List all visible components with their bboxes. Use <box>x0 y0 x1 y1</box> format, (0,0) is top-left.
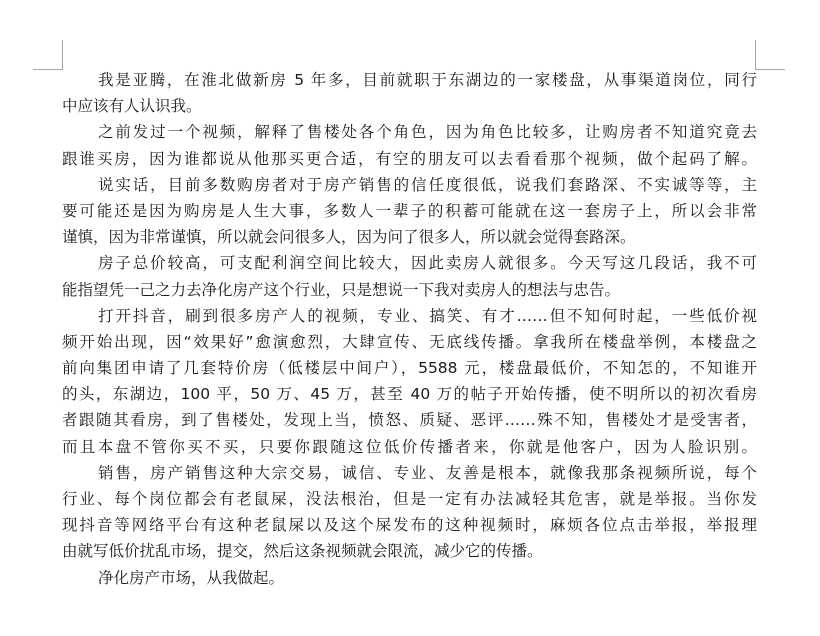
text-line: 前向集团申请了几套特价房（低楼层中间户），5588 元，楼盘最低价，不知怎的，不… <box>62 355 757 381</box>
paragraph-7: 净化房产市场，从我做起。 <box>62 565 757 591</box>
text-line: 打开抖音，刷到很多房产人的视频，专业、搞笑、有才……但不知何时起，一些低价视 <box>62 303 757 329</box>
paragraph-6: 销售，房产销售这种大宗交易，诚信、专业、友善是根本，就像我那条视频所说，每个 行… <box>62 460 757 565</box>
text-line: 说实话，目前多数购房者对于房产销售的信任度很低，说我们套路深、不实诚等等，主 <box>62 172 757 198</box>
text-line: 销售，房产销售这种大宗交易，诚信、专业、友善是根本，就像我那条视频所说，每个 <box>62 460 757 486</box>
text-line: 净化房产市场，从我做起。 <box>62 565 757 591</box>
text-line: 者跟随其看房，到了售楼处，发现上当，愤怒、质疑、恶评……殊不知，售楼处才是受害者… <box>62 407 757 433</box>
text-line: 之前发过一个视频，解释了售楼处各个角色，因为角色比较多，让购房者不知道究竟去 <box>62 119 757 145</box>
text-line: 房子总价较高，可支配利润空间比较大，因此卖房人就很多。今天写这几段话，我不可 <box>62 250 757 276</box>
text-line: 我是亚腾，在淮北做新房 5 年多，目前就职于东湖边的一家楼盘，从事渠道岗位，同行 <box>62 67 757 93</box>
top-right-margin-mark <box>755 40 785 70</box>
text-line: 跟谁买房，因为谁都说从他那买更合适，有空的朋友可以去看看那个视频，做个起码了解。 <box>62 146 757 172</box>
top-left-margin-mark <box>33 40 63 70</box>
text-line: 的头，东湖边，100 平，50 万、45 万，甚至 40 万的帖子开始传播，使不… <box>62 381 757 407</box>
text-line: 能指望凭一己之力去净化房产这个行业，只是想说一下我对卖房人的想法与忠告。 <box>62 277 757 303</box>
paragraph-1: 我是亚腾，在淮北做新房 5 年多，目前就职于东湖边的一家楼盘，从事渠道岗位，同行… <box>62 67 757 119</box>
paragraph-2: 之前发过一个视频，解释了售楼处各个角色，因为角色比较多，让购房者不知道究竟去 跟… <box>62 119 757 171</box>
paragraph-4: 房子总价较高，可支配利润空间比较大，因此卖房人就很多。今天写这几段话，我不可 能… <box>62 250 757 302</box>
text-line: 要可能还是因为购房是人生大事，多数人一辈子的积蓄可能就在这一套房子上，所以会非常 <box>62 198 757 224</box>
paragraph-5: 打开抖音，刷到很多房产人的视频，专业、搞笑、有才……但不知何时起，一些低价视 频… <box>62 303 757 460</box>
text-line: 中应该有人认识我。 <box>62 93 757 119</box>
text-line: 频开始出现，因“效果好”愈演愈烈，大肆宣传、无底线传播。拿我所在楼盘举例，本楼盘… <box>62 329 757 355</box>
text-line: 由就写低价扰乱市场，提交，然后这条视频就会限流，减少它的传播。 <box>62 538 757 564</box>
document-body[interactable]: 我是亚腾，在淮北做新房 5 年多，目前就职于东湖边的一家楼盘，从事渠道岗位，同行… <box>62 67 757 591</box>
text-line: 而且本盘不管你买不买，只要你跟随这位低价传播者来，你就是他客户，因为人脸识别。 <box>62 434 757 460</box>
text-line: 行业、每个岗位都会有老鼠屎，没法根治，但是一定有办法减轻其危害，就是举报。当你发 <box>62 486 757 512</box>
text-line: 谨慎，因为非常谨慎，所以就会问很多人，因为问了很多人，所以就会觉得套路深。 <box>62 224 757 250</box>
text-line: 现抖音等网络平台有这种老鼠屎以及这个屎发布的这种视频时，麻烦各位点击举报，举报理 <box>62 512 757 538</box>
paragraph-3: 说实话，目前多数购房者对于房产销售的信任度很低，说我们套路深、不实诚等等，主 要… <box>62 172 757 251</box>
